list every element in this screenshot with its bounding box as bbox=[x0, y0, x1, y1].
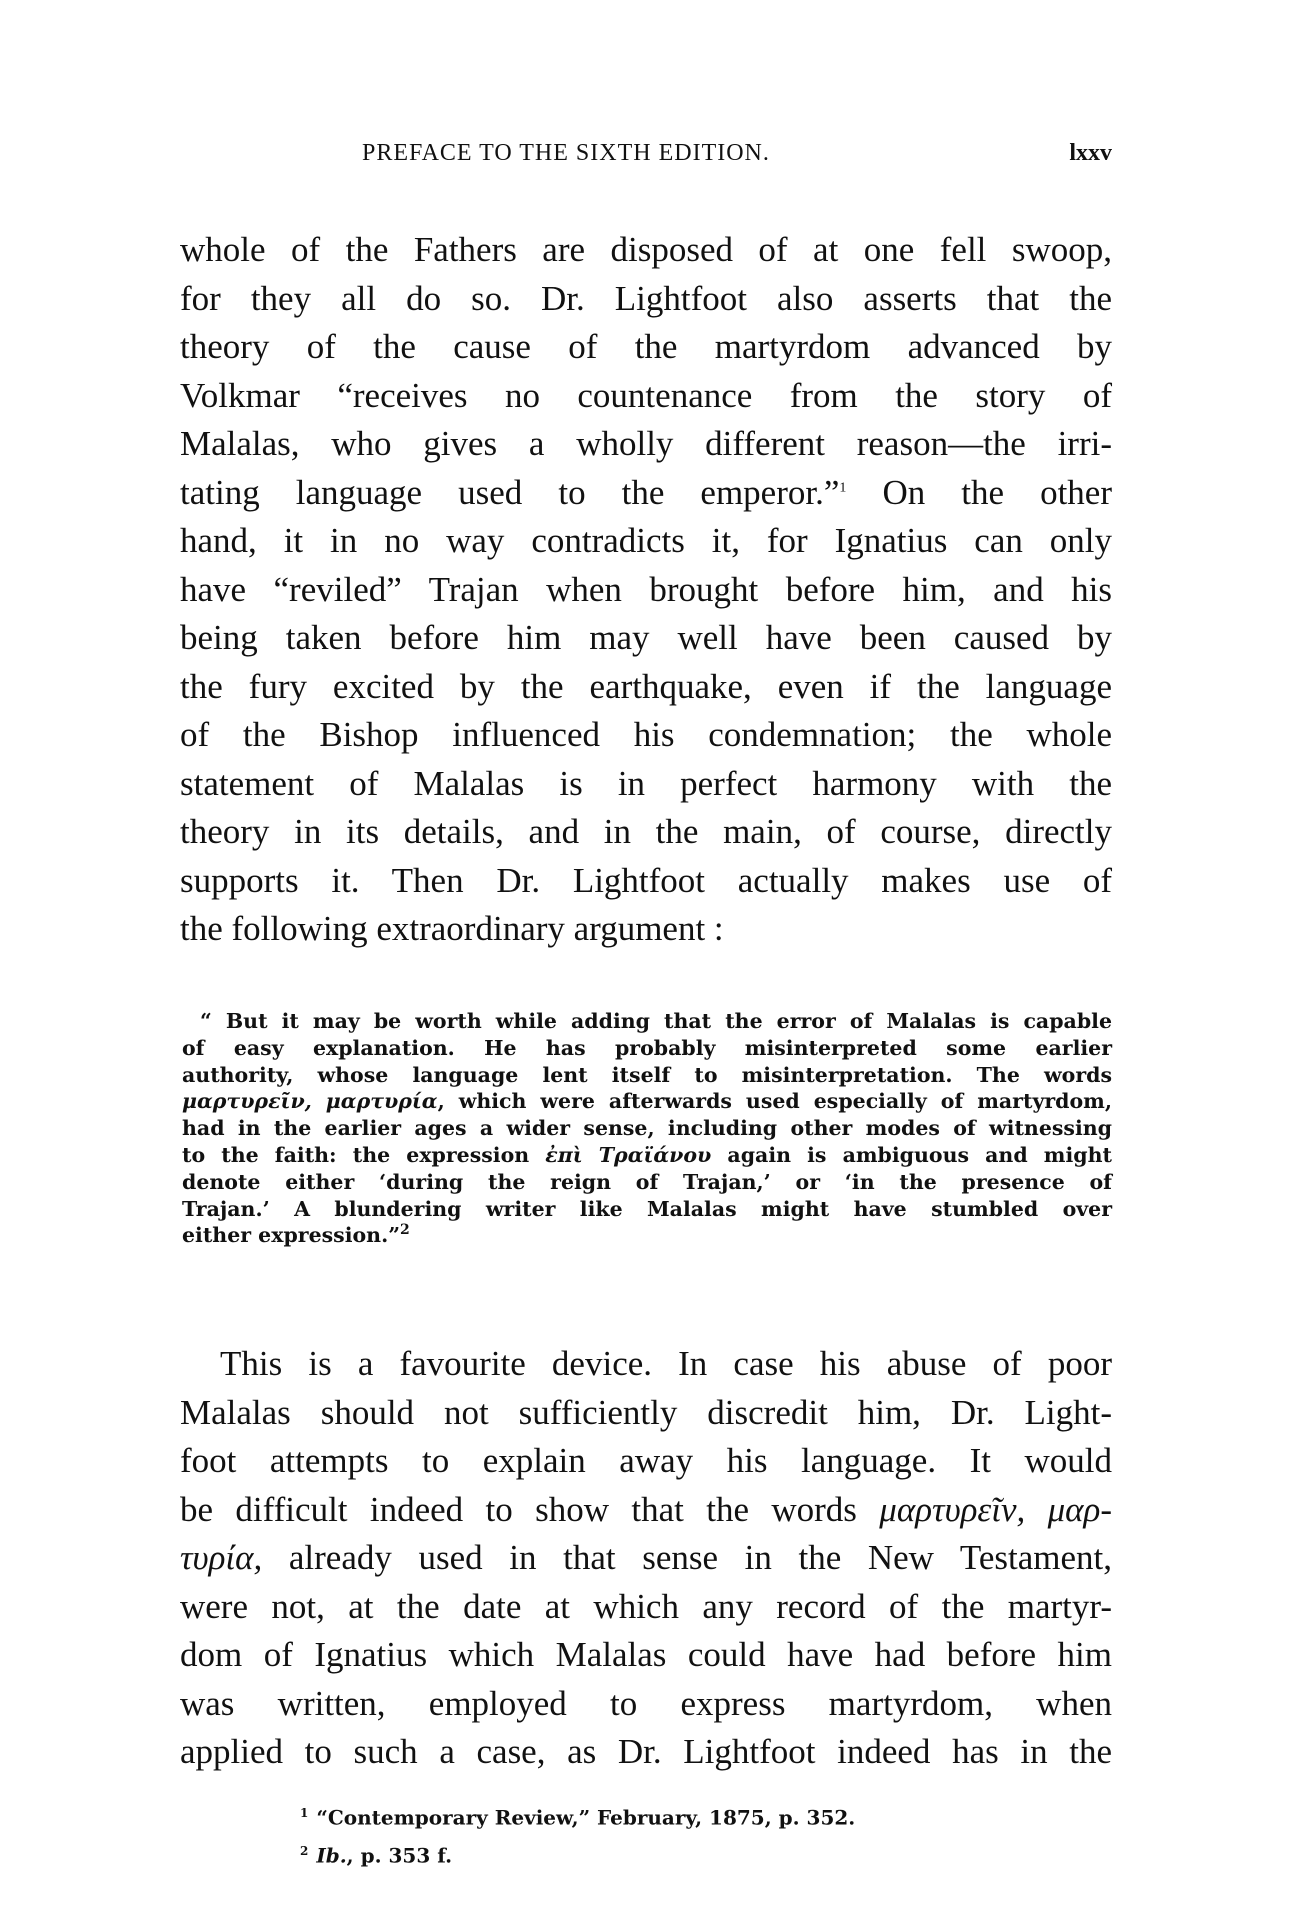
text-line: This is a favourite device. In case his … bbox=[180, 1340, 1112, 1389]
text-line: τυρία, already used in that sense in the… bbox=[180, 1534, 1112, 1583]
text-line: applied to such a case, as Dr. Lightfoot… bbox=[180, 1728, 1112, 1777]
greek-words: μαρτυρεῖν, μαρτυρία bbox=[182, 1089, 438, 1113]
text-line: dom of Ignatius which Malalas could have… bbox=[180, 1631, 1112, 1680]
text-line: have “reviled” Trajan when brought befor… bbox=[180, 566, 1112, 615]
running-title: PREFACE TO THE SIXTH EDITION. bbox=[362, 140, 770, 167]
text-line: hand, it in no way contradicts it, for I… bbox=[180, 517, 1112, 566]
quote-line: Trajan.’ A blundering writer like Malala… bbox=[182, 1196, 1112, 1223]
text-segment: be difficult indeed to show that the wor… bbox=[180, 1490, 879, 1529]
text-line: Volkmar “receives no countenance from th… bbox=[180, 372, 1112, 421]
paragraph-2: This is a favourite device. In case his … bbox=[180, 1340, 1112, 1777]
text-segment: already used in that sense in the New Te… bbox=[289, 1538, 1112, 1577]
footnote-mark: 2 bbox=[300, 1844, 308, 1858]
text-segment: , which were afterwards used especially … bbox=[438, 1089, 1112, 1113]
greek-words: τυρία, bbox=[180, 1538, 262, 1577]
quote-line: either expression.”2 bbox=[182, 1222, 1112, 1249]
footnote-1: 1“Contemporary Review,” February, 1875, … bbox=[300, 1797, 855, 1835]
quote-line: to the faith: the expression ἐπὶ Τραϊάνο… bbox=[182, 1142, 1112, 1169]
paragraph-1: whole of the Fathers are disposed of at … bbox=[180, 226, 1112, 954]
text-line: Malalas should not sufficiently discredi… bbox=[180, 1389, 1112, 1438]
text-line: being taken before him may well have bee… bbox=[180, 614, 1112, 663]
text-segment: to the faith: the expression bbox=[182, 1143, 545, 1167]
greek-words: μαρτυρεῖν, μαρ- bbox=[879, 1490, 1112, 1529]
block-quote: “ But it may be worth while adding that … bbox=[182, 1008, 1112, 1249]
page-number: lxxv bbox=[1069, 140, 1112, 167]
footnote-ref-2[interactable]: 2 bbox=[400, 1223, 410, 1239]
text-segment: either expression.” bbox=[182, 1223, 400, 1247]
footnote-2: 2Ib., p. 353 f. bbox=[300, 1835, 855, 1873]
text-line: supports it. Then Dr. Lightfoot actually… bbox=[180, 857, 1112, 906]
text-line: the following extraordinary argument : bbox=[180, 905, 1112, 954]
text-line: whole of the Fathers are disposed of at … bbox=[180, 226, 1112, 275]
text-line: of the Bishop influenced his condemnatio… bbox=[180, 711, 1112, 760]
text-segment: tating language used to the emperor.” bbox=[180, 473, 839, 512]
footnote-text: “Contemporary Review,” February, 1875, p… bbox=[316, 1806, 855, 1830]
footnotes: 1“Contemporary Review,” February, 1875, … bbox=[300, 1797, 855, 1872]
greek-phrase: ἐπὶ Τραϊάνου bbox=[545, 1143, 711, 1167]
text-line: foot attempts to explain away his langua… bbox=[180, 1437, 1112, 1486]
quote-line: denote either ‘during the reign of Traja… bbox=[182, 1169, 1112, 1196]
text-line: Malalas, who gives a wholly different re… bbox=[180, 420, 1112, 469]
book-page: PREFACE TO THE SIXTH EDITION. lxxv whole… bbox=[0, 0, 1292, 1925]
text-line: be difficult indeed to show that the wor… bbox=[180, 1486, 1112, 1535]
text-line: theory of the cause of the martyrdom adv… bbox=[180, 323, 1112, 372]
footnote-ibid: Ib. bbox=[316, 1843, 346, 1867]
text-line: was written, employed to express martyrd… bbox=[180, 1680, 1112, 1729]
text-segment: On the other bbox=[846, 473, 1112, 512]
text-line: theory in its details, and in the main, … bbox=[180, 808, 1112, 857]
text-line: tating language used to the emperor.”1 O… bbox=[180, 469, 1112, 518]
text-line: the fury excited by the earthquake, even… bbox=[180, 663, 1112, 712]
running-head: PREFACE TO THE SIXTH EDITION. lxxv bbox=[180, 140, 1112, 180]
text-line: for they all do so. Dr. Lightfoot also a… bbox=[180, 275, 1112, 324]
text-line: statement of Malalas is in perfect harmo… bbox=[180, 760, 1112, 809]
footnote-mark: 1 bbox=[300, 1806, 308, 1820]
footnote-text: , p. 353 f. bbox=[347, 1843, 452, 1867]
quote-line: μαρτυρεῖν, μαρτυρία, which were afterwar… bbox=[182, 1088, 1112, 1115]
quote-line: authority, whose language lent itself to… bbox=[182, 1062, 1112, 1089]
quote-line: had in the earlier ages a wider sense, i… bbox=[182, 1115, 1112, 1142]
text-line: were not, at the date at which any recor… bbox=[180, 1583, 1112, 1632]
text-segment: again is ambiguous and might bbox=[711, 1143, 1112, 1167]
quote-line: of easy explanation. He has probably mis… bbox=[182, 1035, 1112, 1062]
quote-line: “ But it may be worth while adding that … bbox=[182, 1008, 1112, 1035]
